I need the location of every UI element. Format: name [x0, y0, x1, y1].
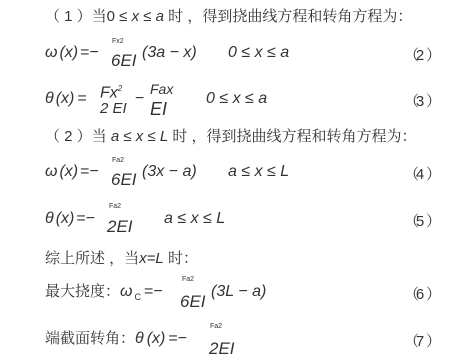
theta-symbol: θ [135, 330, 144, 347]
eq6-factor: (3L − a) [211, 283, 266, 301]
eq4-domain: a ≤ x ≤ L [228, 163, 289, 181]
paren-close: ） [426, 44, 436, 65]
eq2-number-value: 2 [414, 47, 426, 64]
eq4-domain-text: a ≤ x ≤ L [228, 163, 289, 180]
eq7-lhs: 端截面转角：θ(x)=− [45, 330, 187, 348]
eq3-frac1-num-text: Fx [100, 84, 118, 101]
eq5-domain: a ≤ x ≤ L [164, 210, 225, 228]
eq4-frac-denominator: 6EI [111, 171, 137, 189]
eq2-factor: (3a − x) [142, 44, 197, 62]
eq4-factor-text: (3x − a) [142, 163, 197, 180]
paren-open: （ [404, 283, 414, 304]
paren-close: ） [426, 330, 436, 351]
paren-close: ） [426, 283, 436, 304]
eq6-subscript: C [134, 292, 141, 302]
var-a: a [111, 128, 119, 145]
eq5-domain-text: a ≤ x ≤ L [164, 210, 225, 227]
eq7-equals: =− [168, 330, 187, 347]
eq4-arg: (x) [59, 163, 78, 180]
eq3-equals: = [77, 90, 86, 107]
eq4-lhs: ω(x)=− [45, 163, 99, 181]
eq3-frac2-denominator: EI [150, 100, 167, 118]
eq6-number: （6） [404, 283, 440, 304]
eq2-number: （2） [404, 44, 440, 65]
leq-symbol: ≤ [143, 128, 160, 145]
eq6-frac-denominator: 6EI [180, 293, 206, 311]
eq5-lhs: θ(x)=− [45, 210, 95, 228]
eq5-number: （5） [404, 210, 440, 231]
end-rotation-label: 端截面转角： [45, 330, 135, 347]
eq4-number: （4） [404, 163, 440, 184]
eq5-number-value: 5 [414, 213, 426, 230]
case1-heading-prefix: （ 1 ）当0 ≤ [45, 8, 132, 25]
eq3-arg: (x) [56, 90, 75, 107]
paren-open: （ [404, 44, 414, 65]
eq5-frac-numerator: Fa2 [109, 203, 121, 211]
var-a: a [156, 8, 164, 25]
eq5-equals: =− [76, 210, 95, 227]
eq3-number: （3） [404, 90, 440, 111]
summary-suffix: 时： [164, 250, 198, 267]
eq4-equals: =− [80, 163, 99, 180]
eq5-arg: (x) [56, 210, 75, 227]
eq7-frac-denominator: 2EI [209, 340, 235, 358]
eq3-number-value: 3 [414, 93, 426, 110]
eq3-frac1-denominator: 2 EI [100, 100, 127, 118]
paren-open: （ [404, 330, 414, 351]
eq3-frac2-numerator: Fax [150, 80, 173, 98]
leq-symbol: ≤ [139, 8, 156, 25]
paren-close: ） [426, 163, 436, 184]
eq6-lhs: 最大挠度：ωC=− [45, 283, 163, 306]
eq6-frac-numerator: Fa2 [182, 276, 194, 284]
omega-symbol: ω [120, 283, 132, 300]
eq2-equals: =− [80, 44, 99, 61]
eq4-frac-numerator: Fa2 [112, 157, 124, 165]
paren-close: ） [426, 90, 436, 111]
eq7-frac-numerator: Fa2 [210, 323, 222, 331]
paren-open: （ [404, 210, 414, 231]
eq7-number: （7） [404, 330, 440, 351]
eq7-arg: (x) [147, 330, 166, 347]
eq3-domain: 0 ≤ x ≤ a [206, 90, 267, 108]
var-x: x [132, 8, 140, 25]
eq3-frac1-numerator: Fx2 [100, 80, 122, 102]
eq2-factor-text: (3a − x) [142, 44, 197, 61]
eq6-factor-text: (3L − a) [211, 283, 266, 300]
case2-heading-suffix: 时 ，得到挠曲线方程和转角方程为： [168, 128, 416, 145]
omega-symbol: ω [45, 163, 57, 180]
eq2-lhs: ω(x)=− [45, 44, 99, 62]
eq2-domain-text: 0 ≤ x ≤ a [228, 44, 289, 61]
eq6-number-value: 6 [414, 286, 426, 303]
eq3-lhs: θ(x)= [45, 90, 87, 108]
leq-symbol: ≤ [119, 128, 136, 145]
omega-symbol: ω [45, 44, 57, 61]
max-deflection-label: 最大挠度： [45, 283, 120, 300]
case2-heading-prefix: （ 2 ）当 [45, 128, 111, 145]
theta-symbol: θ [45, 210, 54, 227]
summary-condition: x=L [139, 250, 164, 267]
eq3-minus: − [135, 90, 144, 108]
eq5-frac-denominator: 2EI [107, 218, 133, 236]
eq7-number-value: 7 [414, 333, 426, 350]
eq3-frac1-exponent: 2 [118, 84, 122, 93]
eq2-domain: 0 ≤ x ≤ a [228, 44, 289, 62]
eq2-arg: (x) [59, 44, 78, 61]
summary-text: 综上所述 ，当 [45, 250, 139, 267]
eq2-frac-denominator: 6EI [111, 52, 137, 70]
summary-line: 综上所述 ，当x=L 时： [45, 250, 198, 268]
paren-close: ） [426, 210, 436, 231]
eq4-number-value: 4 [414, 166, 426, 183]
eq4-factor: (3x − a) [142, 163, 197, 181]
paren-open: （ [404, 163, 414, 184]
theta-symbol: θ [45, 90, 54, 107]
var-L: L [160, 128, 168, 145]
eq2-frac-numerator: Fx2 [112, 38, 124, 46]
paren-open: （ [404, 90, 414, 111]
eq3-domain-text: 0 ≤ x ≤ a [206, 90, 267, 107]
case2-heading: （ 2 ）当 a ≤ x ≤ L 时 ，得到挠曲线方程和转角方程为： [45, 128, 417, 146]
case1-heading-suffix: 时 ，得到挠曲线方程和转角方程为： [164, 8, 412, 25]
case1-heading: （ 1 ）当0 ≤ x ≤ a 时 ，得到挠曲线方程和转角方程为： [45, 8, 412, 26]
eq6-equals: =− [144, 283, 163, 300]
